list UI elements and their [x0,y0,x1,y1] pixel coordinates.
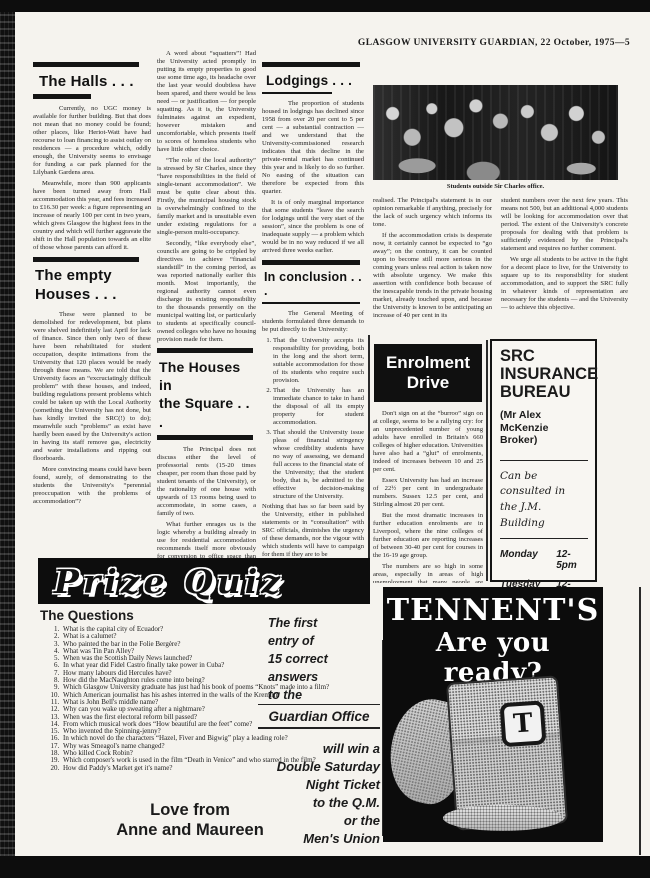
src-title-line: BUREAU [500,384,588,402]
principal-column-left: realised. The Principal's statement is i… [373,197,492,339]
src-insurance-box: SRC INSURANCE BUREAU (Mr Alex McKenzie B… [490,339,597,582]
headline-line: The empty [35,267,151,286]
crowd-photo [373,85,618,180]
empty-houses-body: These were planned to be demolished for … [33,311,151,506]
conclusion-headline: In conclusion . . . [264,270,364,298]
paragraph: The proportion of students housed in lod… [262,100,364,196]
src-title-line: SRC [500,348,588,366]
enrolment-title-line: Enrolment [386,353,470,373]
top-border-bar [0,0,650,12]
column-divider [368,335,370,583]
houses-square-headline: The Houses in the Square . . . [159,358,256,431]
column-halls: The Halls . . . Currently, no UGC money … [33,62,151,558]
headline-bar [33,257,139,262]
paragraph: We urge all students to be active in the… [501,256,628,312]
headline-bar [157,435,253,440]
demand-item: That should the University issue pleas o… [273,429,364,501]
squatters-body: A word about “squatters”! Had the Univer… [157,50,256,344]
paragraph: “The role of the local authority” is str… [157,157,256,237]
promo-line: entry of [268,632,378,650]
paragraph: A word about “squatters”! Had the Univer… [157,50,256,154]
halls-body: Currently, no UGC money is available for… [33,105,151,252]
schedule-row: Monday 12-5pm [500,549,588,571]
enrolment-body: Don't sign on at the “burroo” sign on at… [373,410,483,583]
bottom-border-bar [0,856,650,878]
signoff-line: Love from [100,800,280,820]
schedule-day: Monday [500,549,556,571]
paragraph: More convincing means could have been fo… [33,466,151,506]
photo-caption: Students outside Sir Charles office. [373,183,618,190]
src-broker-line: Broker) [500,434,588,446]
headline-bar [33,94,91,99]
newspaper-page: { "page": { "header": "GLASGOW UNIVERSIT… [0,0,650,878]
prize-line: Double Saturday [228,758,380,776]
paragraph: Don't sign on at the “burroo” sign on at… [373,410,483,474]
src-note: Can be consulted in the J.M. Building [500,460,588,539]
paragraph: What further enrages us is the logic whe… [157,521,256,558]
prize-line: will win a [228,740,380,758]
enrolment-title-line: Drive [407,373,450,393]
principal-column-right: student numbers over the next few years.… [501,197,628,339]
promo-line: The first [268,614,378,632]
houses-square-body: The Principal does not discuss either th… [157,446,256,558]
lodgings-headline: Lodgings . . . [266,73,364,88]
paragraph: The Principal does not discuss either th… [157,446,256,518]
demand-item: That the University accepts its responsi… [273,337,364,385]
quiz-signoff: Love from Anne and Maureen [100,800,280,840]
masthead: GLASGOW UNIVERSITY GUARDIAN, 22 October,… [330,38,630,48]
src-note-line: Can be consulted in [500,469,588,501]
paragraph: Meanwhile, more than 900 applicants have… [33,180,151,252]
paragraph: But the most dramatic increases in furth… [373,512,483,560]
lodgings-body: The proportion of students housed in lod… [262,100,364,255]
signoff-line: Anne and Maureen [100,820,280,840]
headline-bar [262,62,360,67]
headline-bar [262,260,360,265]
left-binding-strip [0,12,15,856]
schedule-time: 12-5pm [556,549,588,571]
headline-bar [157,348,253,353]
paragraph: Secondly, “like everybody else”, council… [157,240,256,344]
right-edge-rule [639,587,641,855]
src-broker: (Mr Alex McKenzie Broker) [500,409,588,445]
prize-quiz-banner: Prize Quiz [38,558,370,604]
headline-rule [262,302,360,304]
enrolment-drive-box: Enrolment Drive [374,344,482,402]
headline-line: Houses . . . [35,286,151,305]
promo-line: to the [268,686,378,704]
questions-heading: The Questions [40,608,134,623]
logo-letter: T [512,708,533,739]
tennents-t-logo: T [500,700,547,747]
headline-line: The Houses in [159,358,256,394]
paragraph: If the accommodation crisis is desperate… [373,232,492,320]
src-note-line: the J.M. Building [500,500,588,532]
headline-bar [33,62,139,67]
promo-line: answers [268,668,378,686]
conclusion-body: The General Meeting of students formulat… [262,310,364,334]
demand-item: That the University has an immediate cha… [273,387,364,427]
paragraph: Nothing that has so far been said by the… [262,503,364,558]
guardian-office-label: Guardian Office [258,704,380,729]
paragraph: The General Meeting of students formulat… [262,310,364,334]
promo-line: 15 correct [268,650,378,668]
paragraph: student numbers over the next few years.… [501,197,628,253]
empty-houses-headline: The empty Houses . . . [35,267,151,305]
quiz-promo: The first entry of 15 correct answers to… [268,614,378,704]
paragraph: Essex University has had an increase of … [373,477,483,509]
column-divider [486,340,488,581]
paragraph: Currently, no UGC money is available for… [33,105,151,177]
paragraph: realised. The Principal's statement is i… [373,197,492,229]
src-broker-line: (Mr Alex McKenzie [500,409,588,433]
tennents-brand: TENNENT'S [383,593,603,628]
tennents-ad: TENNENT'S Are you ready? T [383,587,603,842]
prize-quiz-title: Prize Quiz [54,562,284,601]
src-title: SRC INSURANCE BUREAU [500,348,588,401]
headline-line: the Square . . . [159,394,256,430]
src-title-line: INSURANCE [500,366,588,384]
prize-line: Night Ticket [228,776,380,794]
column-squatters: A word about “squatters”! Had the Univer… [157,50,256,558]
headline-rule [262,92,332,94]
halls-headline: The Halls . . . [39,73,151,90]
conclusion-demands-list: That the University accepts its responsi… [262,337,364,501]
column-lodgings: Lodgings . . . The proportion of student… [262,62,364,558]
mug-base-graphic [443,805,563,831]
paragraph: It is of only marginal importance that s… [262,199,364,255]
paragraph: These were planned to be demolished for … [33,311,151,463]
paragraph: The numbers are so high in some areas, e… [373,563,483,583]
conclusion-outro: Nothing that has so far been said by the… [262,503,364,558]
